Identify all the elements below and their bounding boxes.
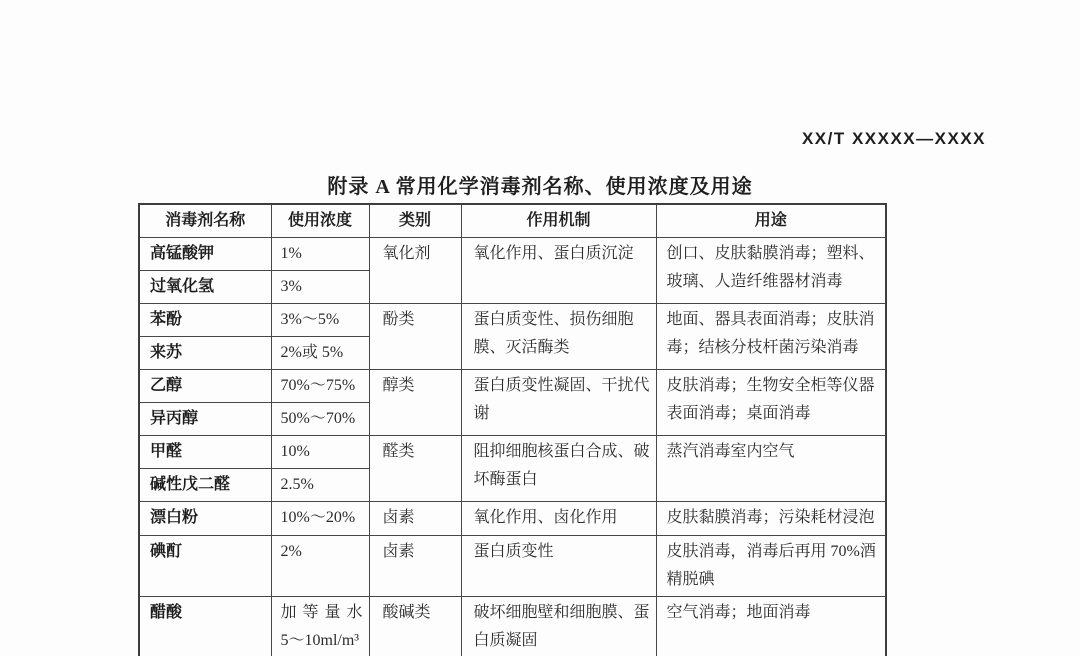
table-row: 苯酚 3%～5% 酚类 蛋白质变性、损伤细胞膜、灭活酶类 地面、器具表面消毒；皮… xyxy=(139,304,886,337)
table-row: 醋酸 加 等 量 水 5～10ml/m³ 酸碱类 破坏细胞壁和细胞膜、蛋白质凝固… xyxy=(139,597,886,656)
header-cell-mechanism: 作用机制 xyxy=(461,204,656,238)
table-row: 甲醛 10% 醛类 阻抑细胞核蛋白合成、破坏酶蛋白 蒸汽消毒室内空气 xyxy=(139,436,886,469)
cell-mechanism: 氧化作用、蛋白质沉淀 xyxy=(461,238,656,304)
cell-concentration: 50%～70% xyxy=(271,403,369,436)
table-row: 漂白粉 10%～20% 卤素 氧化作用、卤化作用 皮肤黏膜消毒；污染耗材浸泡 xyxy=(139,502,886,536)
cell-mechanism: 阻抑细胞核蛋白合成、破坏酶蛋白 xyxy=(461,436,656,502)
cell-usage: 蒸汽消毒室内空气 xyxy=(656,436,886,502)
cell-concentration: 2%或 5% xyxy=(271,337,369,370)
cell-mechanism: 破坏细胞壁和细胞膜、蛋白质凝固 xyxy=(461,597,656,656)
cell-name: 来苏 xyxy=(139,337,271,370)
cell-usage: 空气消毒；地面消毒 xyxy=(656,597,886,656)
cell-name: 漂白粉 xyxy=(139,502,271,536)
cell-name: 乙醇 xyxy=(139,370,271,403)
cell-name: 碘酊 xyxy=(139,536,271,597)
cell-concentration: 70%～75% xyxy=(271,370,369,403)
cell-name: 异丙醇 xyxy=(139,403,271,436)
cell-concentration: 3% xyxy=(271,271,369,304)
cell-mechanism: 蛋白质变性 xyxy=(461,536,656,597)
header-cell-category: 类别 xyxy=(369,204,461,238)
cell-category: 醛类 xyxy=(369,436,461,502)
cell-name: 过氧化氢 xyxy=(139,271,271,304)
table-row: 碘酊 2% 卤素 蛋白质变性 皮肤消毒，消毒后再用 70%酒精脱碘 xyxy=(139,536,886,597)
cell-name: 醋酸 xyxy=(139,597,271,656)
header-cell-name: 消毒剂名称 xyxy=(139,204,271,238)
cell-concentration: 加 等 量 水 5～10ml/m³ xyxy=(271,597,369,656)
table-header-row: 消毒剂名称 使用浓度 类别 作用机制 用途 xyxy=(139,204,886,238)
cell-concentration: 10%～20% xyxy=(271,502,369,536)
cell-name: 甲醛 xyxy=(139,436,271,469)
cell-concentration: 1% xyxy=(271,238,369,271)
cell-mechanism: 蛋白质变性、损伤细胞膜、灭活酶类 xyxy=(461,304,656,370)
appendix-title: 附录 A 常用化学消毒剂名称、使用浓度及用途 xyxy=(0,170,1080,199)
cell-name: 苯酚 xyxy=(139,304,271,337)
cell-category: 卤素 xyxy=(369,536,461,597)
cell-usage: 皮肤黏膜消毒；污染耗材浸泡 xyxy=(656,502,886,536)
table-row: 乙醇 70%～75% 醇类 蛋白质变性凝固、干扰代谢 皮肤消毒；生物安全柜等仪器… xyxy=(139,370,886,403)
cell-category: 氧化剂 xyxy=(369,238,461,304)
cell-usage: 皮肤消毒，消毒后再用 70%酒精脱碘 xyxy=(656,536,886,597)
concentration-line-1: 加 等 量 水 xyxy=(281,599,363,627)
cell-concentration: 10% xyxy=(271,436,369,469)
cell-mechanism: 氧化作用、卤化作用 xyxy=(461,502,656,536)
table-row: 高锰酸钾 1% 氧化剂 氧化作用、蛋白质沉淀 创口、皮肤黏膜消毒；塑料、玻璃、人… xyxy=(139,238,886,271)
header-cell-concentration: 使用浓度 xyxy=(271,204,369,238)
cell-usage: 创口、皮肤黏膜消毒；塑料、玻璃、人造纤维器材消毒 xyxy=(656,238,886,304)
document-page: XX/T XXXXX—XXXX 附录 A 常用化学消毒剂名称、使用浓度及用途 消… xyxy=(0,0,1080,656)
cell-name: 高锰酸钾 xyxy=(139,238,271,271)
cell-usage: 地面、器具表面消毒；皮肤消毒；结核分枝杆菌污染消毒 xyxy=(656,304,886,370)
cell-category: 酚类 xyxy=(369,304,461,370)
cell-name: 碱性戊二醛 xyxy=(139,469,271,502)
cell-concentration: 3%～5% xyxy=(271,304,369,337)
concentration-line-2: 5～10ml/m³ xyxy=(281,627,363,655)
cell-mechanism: 蛋白质变性凝固、干扰代谢 xyxy=(461,370,656,436)
cell-concentration: 2% xyxy=(271,536,369,597)
disinfectant-table: 消毒剂名称 使用浓度 类别 作用机制 用途 高锰酸钾 1% 氧化剂 氧化作用、蛋… xyxy=(138,203,887,656)
cell-concentration: 2.5% xyxy=(271,469,369,502)
cell-category: 醇类 xyxy=(369,370,461,436)
standard-doc-code: XX/T XXXXX—XXXX xyxy=(802,129,986,149)
cell-category: 酸碱类 xyxy=(369,597,461,656)
cell-usage: 皮肤消毒；生物安全柜等仪器表面消毒；桌面消毒 xyxy=(656,370,886,436)
header-cell-usage: 用途 xyxy=(656,204,886,238)
cell-category: 卤素 xyxy=(369,502,461,536)
